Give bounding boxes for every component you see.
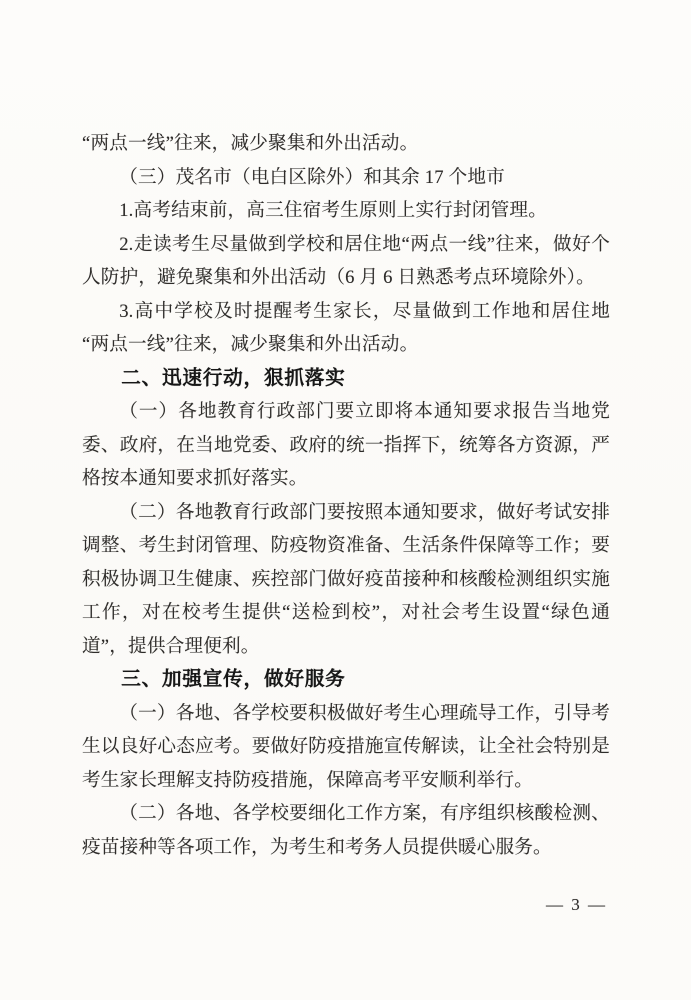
document-heading-line: 三、加强宣传，做好服务 xyxy=(82,663,610,697)
document-line: 调整、考生封闭管理、防疫物资准备、生活条件保障等工作；要 xyxy=(82,529,610,563)
document-line: （一）各地教育行政部门要立即将本通知要求报告当地党 xyxy=(82,395,610,429)
document-line: （三）茂名市（电白区除外）和其余 17 个地市 xyxy=(82,161,610,195)
document-line: 人防护，避免聚集和外出活动（6 月 6 日熟悉考点环境除外）。 xyxy=(82,261,610,295)
document-line: （二）各地、各学校要细化工作方案，有序组织核酸检测、 xyxy=(82,797,610,831)
document-heading-line: 二、迅速行动，狠抓落实 xyxy=(82,362,610,396)
document-line: 1.高考结束前，高三住宿考生原则上实行封闭管理。 xyxy=(82,194,610,228)
document-line: “两点一线”往来，减少聚集和外出活动。 xyxy=(82,328,610,362)
document-line: 疫苗接种等各项工作，为考生和考务人员提供暖心服务。 xyxy=(82,831,610,865)
document-line: 道”，提供合理便利。 xyxy=(82,630,610,664)
page-number: — 3 — xyxy=(546,893,607,917)
document-line: 生以良好心态应考。要做好防疫措施宣传解读，让全社会特别是 xyxy=(82,730,610,764)
scanned-document-page: “两点一线”往来，减少聚集和外出活动。（三）茂名市（电白区除外）和其余 17 个… xyxy=(0,0,691,1000)
document-line: 3.高中学校及时提醒考生家长，尽量做到工作地和居住地 xyxy=(82,295,610,329)
document-text-block: “两点一线”往来，减少聚集和外出活动。（三）茂名市（电白区除外）和其余 17 个… xyxy=(82,127,610,864)
document-line: 委、政府，在当地党委、政府的统一指挥下，统筹各方资源，严 xyxy=(82,429,610,463)
document-line: （一）各地、各学校要积极做好考生心理疏导工作，引导考 xyxy=(82,697,610,731)
document-line: “两点一线”往来，减少聚集和外出活动。 xyxy=(82,127,610,161)
document-line: （二）各地教育行政部门要按照本通知要求，做好考试安排 xyxy=(82,496,610,530)
document-line: 工作，对在校考生提供“送检到校”，对社会考生设置“绿色通 xyxy=(82,596,610,630)
document-line: 积极协调卫生健康、疾控部门做好疫苗接种和核酸检测组织实施 xyxy=(82,563,610,597)
document-line: 格按本通知要求抓好落实。 xyxy=(82,462,610,496)
document-line: 2.走读考生尽量做到学校和居住地“两点一线”往来，做好个 xyxy=(82,228,610,262)
document-line: 考生家长理解支持防疫措施，保障高考平安顺利举行。 xyxy=(82,764,610,798)
